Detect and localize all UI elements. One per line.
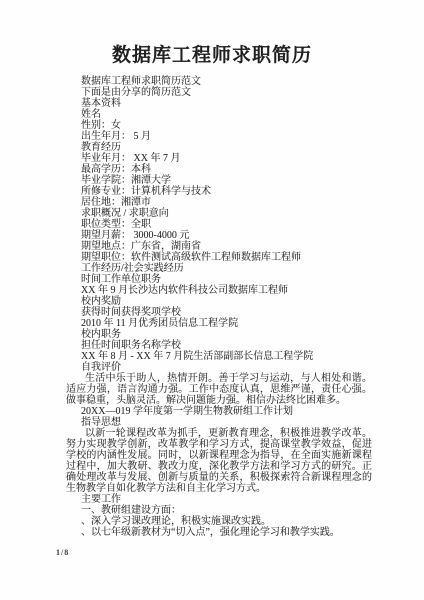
doc-line: 自我评价 — [66, 362, 372, 373]
doc-line: 性别：女 — [66, 120, 372, 131]
doc-line: XX 年 9 月长沙达内软件科技公司数据库工程师 — [66, 285, 372, 296]
doc-line: 指导思想 — [66, 417, 372, 428]
doc-line: 职位类型：全职 — [66, 219, 372, 230]
doc-line: 校内职务 — [66, 329, 372, 340]
doc-line: 一、教研组建设方面： — [66, 505, 372, 516]
doc-line: 获得时间获得奖项学校 — [66, 307, 372, 318]
doc-line: 毕业年月： XX 年 7 月 — [66, 153, 372, 164]
doc-line: 最高学历：本科 — [66, 164, 372, 175]
document-body: 数据库工程师求职简历范文 下面是由分享的简历范文 基本资料 姓名 性别：女 出生… — [66, 76, 372, 538]
doc-line: XX 年 8 月 - XX 年 7 月院生活部副部长信息工程学院 — [66, 351, 372, 362]
doc-line: 求职概况 / 求职意向 — [66, 208, 372, 219]
document-title: 数据库工程师求职简历 — [0, 0, 424, 67]
page-number: 1/8 — [56, 548, 69, 557]
doc-line: 、深入学习课改理论，积极实施课改实践。 — [66, 516, 372, 527]
doc-line: 教育经历 — [66, 142, 372, 153]
doc-line: 所修专业：计算机科学与技术 — [66, 186, 372, 197]
doc-line: 期望职位：软件测试高级软件工程师数据库工程师 — [66, 252, 372, 263]
doc-line: 下面是由分享的简历范文 — [66, 87, 372, 98]
doc-line: 出生年月： 5 月 — [66, 131, 372, 142]
doc-line: 毕业学院：湘潭大学 — [66, 175, 372, 186]
doc-line: 校内奖励 — [66, 296, 372, 307]
doc-paragraph-guiding-ideology: 以新一轮课程改革为抓手，更新教育理念，积极推进教学改革。努力实现教学创新，改革教… — [66, 428, 372, 494]
doc-line: 期望地点：广东省，湖南省 — [66, 241, 372, 252]
document-page: 数据库工程师求职简历 数据库工程师求职简历范文 下面是由分享的简历范文 基本资料… — [0, 0, 424, 600]
doc-line: 2010 年 11 月优秀团员信息工程学院 — [66, 318, 372, 329]
doc-line: 主要工作 — [66, 494, 372, 505]
doc-line: 数据库工程师求职简历范文 — [66, 76, 372, 87]
doc-line: 时间工作单位职务 — [66, 274, 372, 285]
doc-line: 担任时间职务名称学校 — [66, 340, 372, 351]
doc-line: 姓名 — [66, 109, 372, 120]
doc-line: 期望月薪： 3000-4000 元 — [66, 230, 372, 241]
doc-line: 、以七年级新教材为“切入点”，强化理论学习和教学实践。 — [66, 527, 372, 538]
doc-line: 20XX—019 学年度第一学期生物教研组工作计划 — [66, 406, 372, 417]
doc-line: 基本资料 — [66, 98, 372, 109]
doc-paragraph-self-evaluation: 生活中乐于助人，热情开朗。善于学习与运动，与人相处和谐。适应力强，语言沟通力强。… — [66, 373, 372, 406]
doc-line: 工作经历/社会实践经历 — [66, 263, 372, 274]
doc-line: 居住地：湘潭市 — [66, 197, 372, 208]
